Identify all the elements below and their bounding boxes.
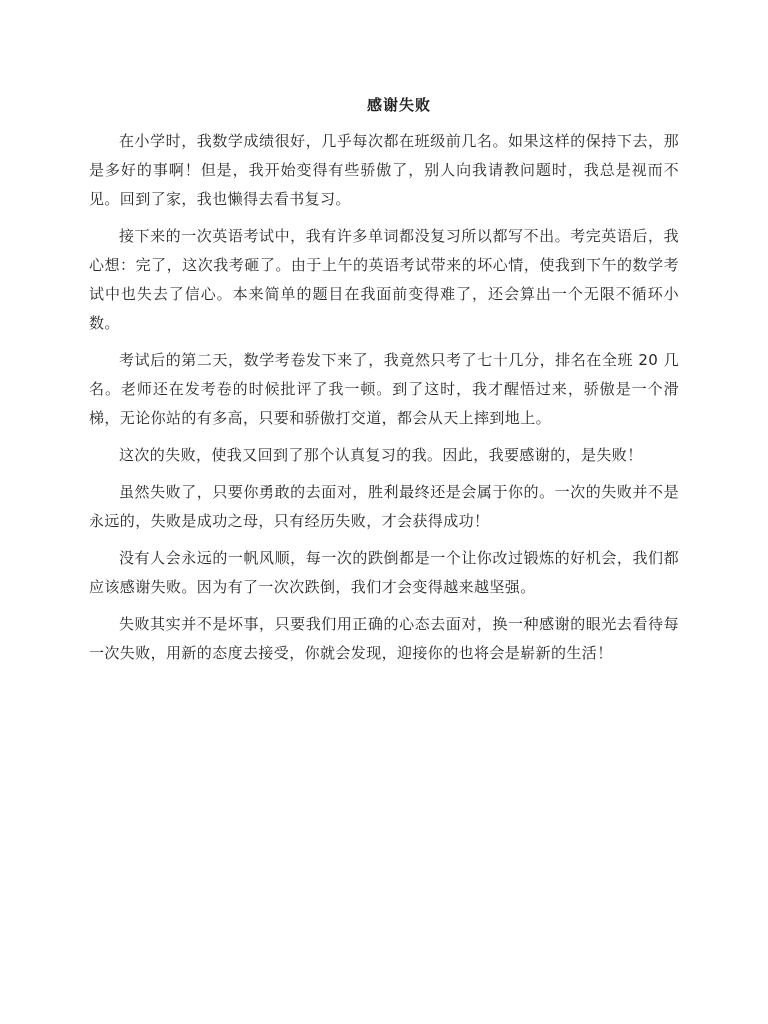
essay-title: 感谢失败 <box>89 96 679 114</box>
essay-paragraph: 没有人会永远的一帆风顺，每一次的跌倒都是一个让你改过锻炼的好机会，我们都应该感谢… <box>89 544 679 602</box>
essay-paragraph: 失败其实并不是坏事，只要我们用正确的心态去面对，换一种感谢的眼光去看待每一次失败… <box>89 610 679 668</box>
essay-body: 在小学时，我数学成绩很好，几乎每次都在班级前几名。如果这样的保持下去，那是多好的… <box>89 127 679 668</box>
essay-paragraph: 这次的失败，使我又回到了那个认真复习的我。因此，我要感谢的，是失败！ <box>89 441 679 470</box>
document-page: 感谢失败 在小学时，我数学成绩很好，几乎每次都在班级前几名。如果这样的保持下去，… <box>0 0 768 1024</box>
essay-paragraph: 接下来的一次英语考试中，我有许多单词都没复习所以都写不出。考完英语后，我心想：完… <box>89 222 679 338</box>
essay-paragraph: 虽然失败了，只要你勇敢的去面对，胜利最终还是会属于你的。一次的失败并不是永远的，… <box>89 478 679 536</box>
essay-paragraph: 考试后的第二天，数学考卷发下来了，我竟然只考了七十几分，排名在全班 20 几名。… <box>89 346 679 433</box>
essay-paragraph: 在小学时，我数学成绩很好，几乎每次都在班级前几名。如果这样的保持下去，那是多好的… <box>89 127 679 214</box>
